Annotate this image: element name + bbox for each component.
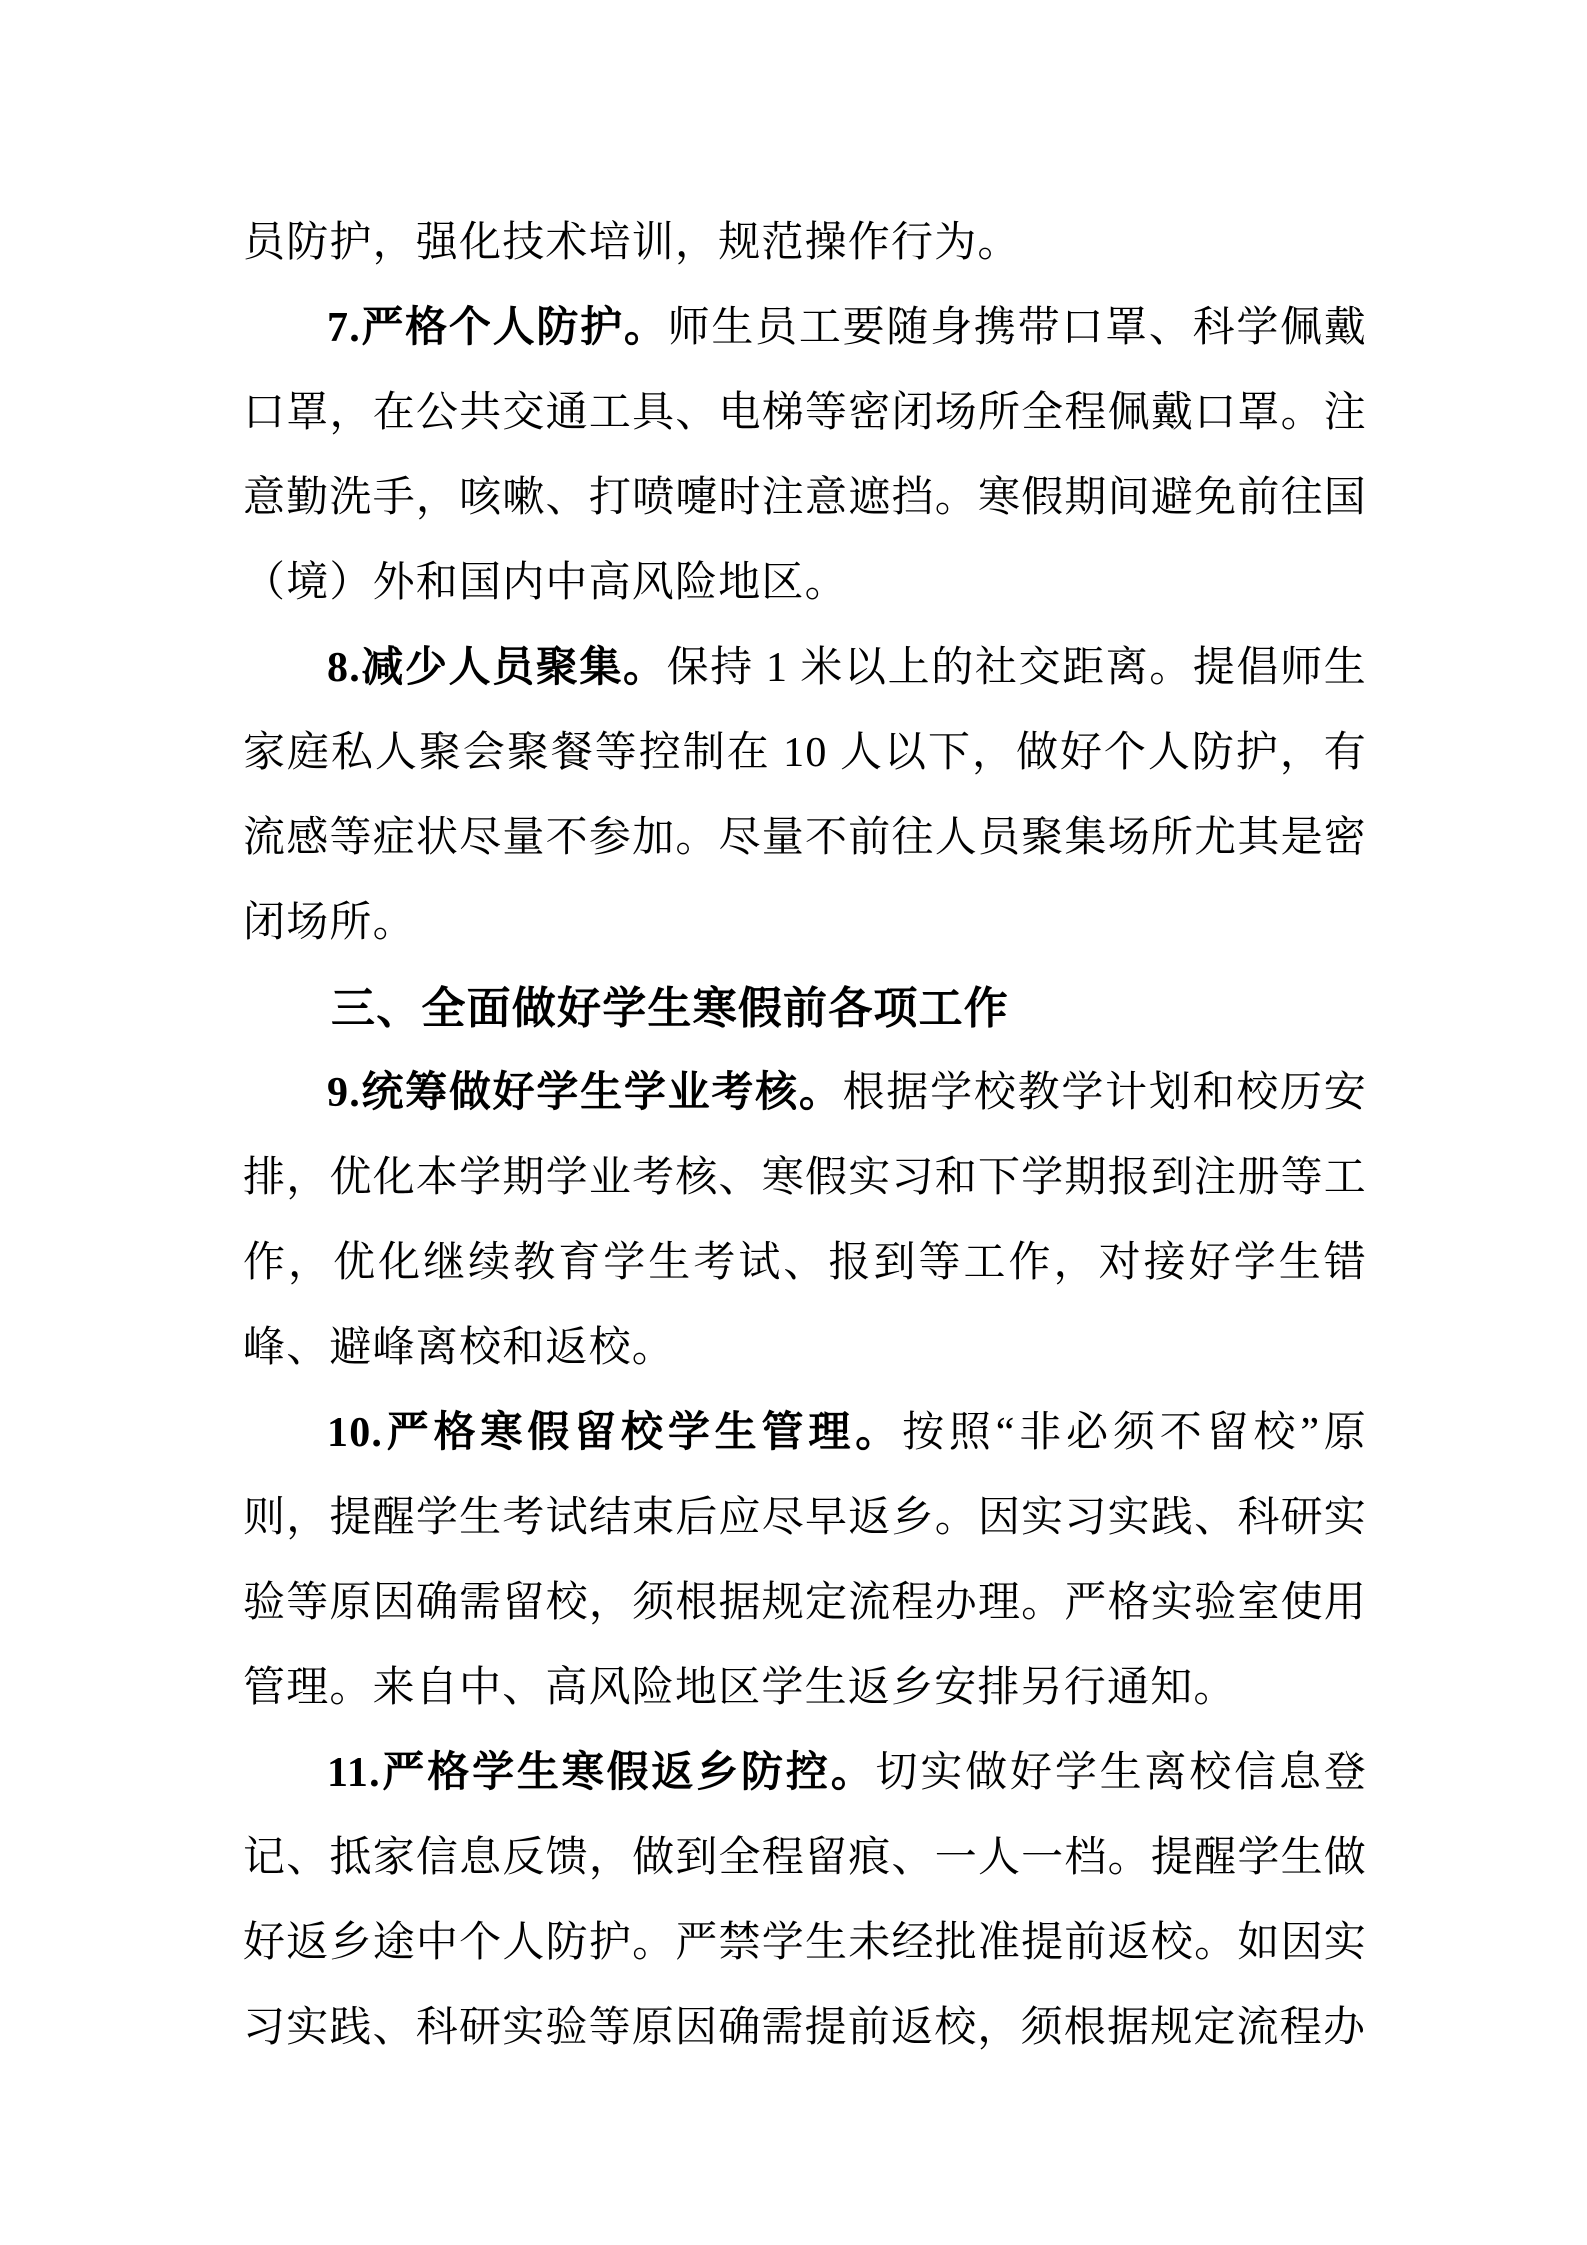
paragraph-lead: 9.统筹做好学生学业考核。 [327, 1070, 843, 1116]
document-page: 员防护，强化技术培训，规范操作行为。 7.严格个人防护。师生员工要随身携带口罩、… [0, 0, 1587, 2245]
paragraph-lead: 10.严格寒假留校学生管理。 [327, 1410, 902, 1456]
section-heading-text: 三、全面做好学生寒假前各项工作 [331, 984, 1009, 1033]
paragraph-10: 10.严格寒假留校学生管理。按照“非必须不留校”原则，提醒学生考试结束后应尽早返… [243, 1391, 1367, 1731]
paragraph-7: 7.严格个人防护。师生员工要随身携带口罩、科学佩戴口罩，在公共交通工具、电梯等密… [243, 286, 1367, 626]
paragraph-lead: 8.减少人员聚集。 [327, 645, 667, 691]
paragraph-11: 11.严格学生寒假返乡防控。切实做好学生离校信息登记、抵家信息反馈，做到全程留痕… [243, 1731, 1367, 2071]
paragraph-8: 8.减少人员聚集。保持 1 米以上的社交距离。提倡师生家庭私人聚会聚餐等控制在 … [243, 626, 1367, 966]
section-heading: 三、全面做好学生寒假前各项工作 [243, 966, 1367, 1051]
paragraph-lead: 11.严格学生寒假返乡防控。 [327, 1750, 876, 1796]
paragraph-text: 员防护，强化技术培训，规范操作行为。 [243, 220, 1021, 266]
paragraph-9: 9.统筹做好学生学业考核。根据学校教学计划和校历安排，优化本学期学业考核、寒假实… [243, 1051, 1367, 1391]
text-column: 员防护，强化技术培训，规范操作行为。 7.严格个人防护。师生员工要随身携带口罩、… [243, 201, 1367, 2071]
paragraph-continuation: 员防护，强化技术培训，规范操作行为。 [243, 201, 1367, 286]
paragraph-lead: 7.严格个人防护。 [327, 305, 668, 351]
